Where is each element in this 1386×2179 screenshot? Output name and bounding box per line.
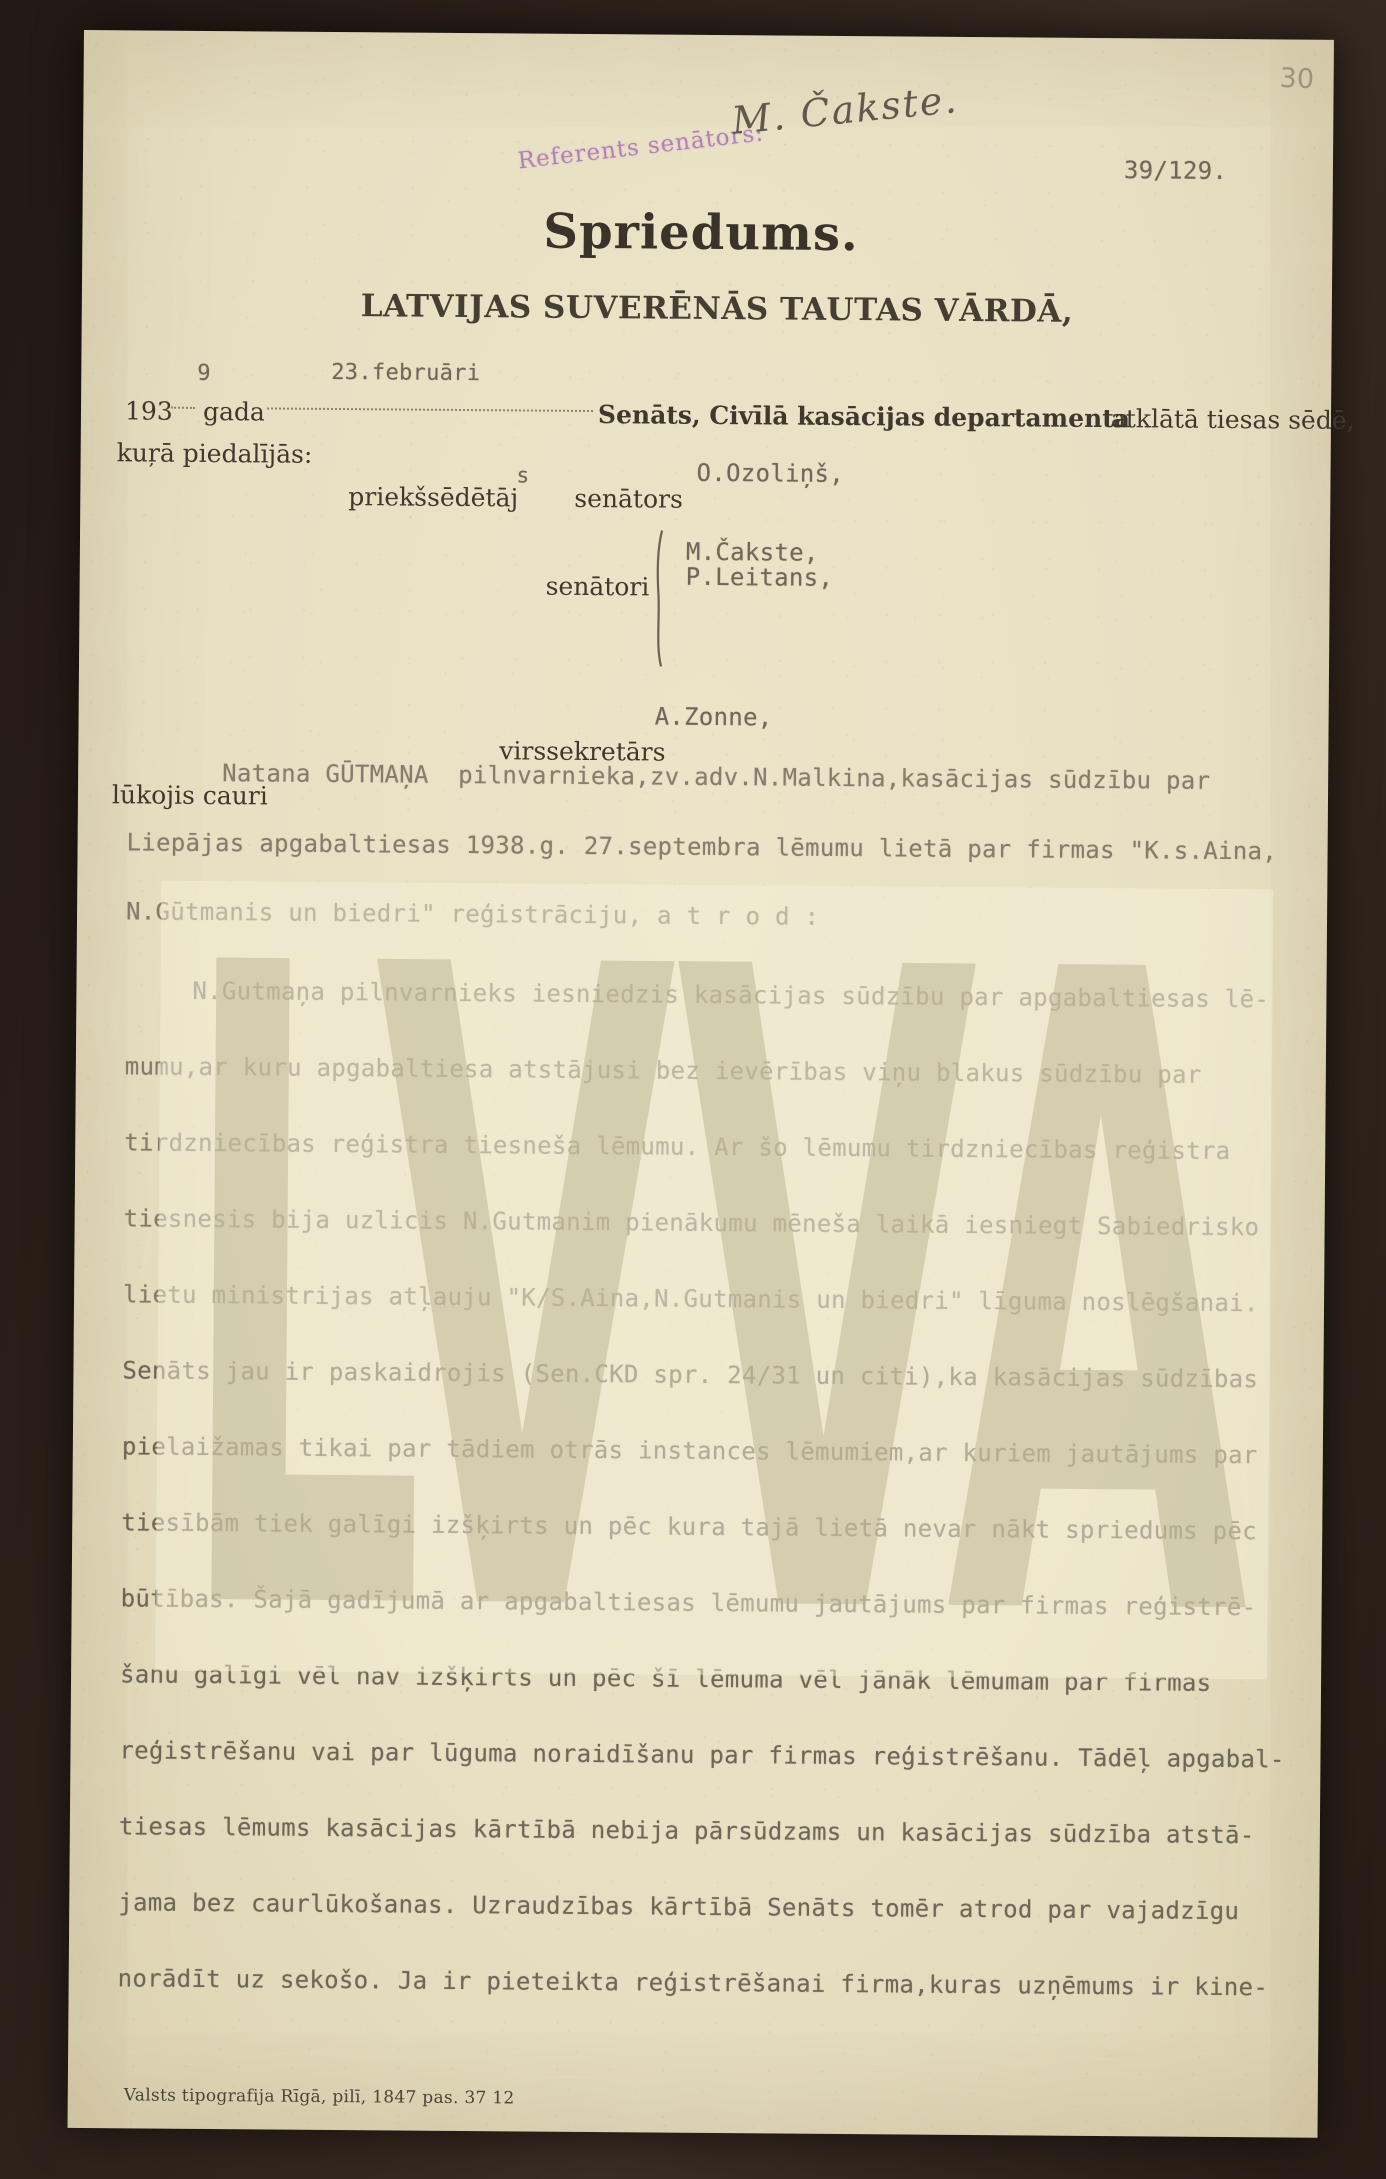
year-prefix: 193	[125, 396, 173, 425]
chairman-label: priekšsēdētāj	[348, 482, 518, 512]
body-line: jama bez caurlūkošanas. Uzraudzības kārt…	[118, 1888, 1239, 1925]
typed-s-suffix: s	[516, 463, 529, 487]
senator-label: senātors	[574, 484, 683, 514]
body-line: reģistrēšanu vai par lūguma noraidīšanu …	[119, 1736, 1284, 1773]
body-line: mumu,ar kuru apgabaltiesa atstājusi bez …	[125, 1052, 1202, 1088]
dotted-leader-small	[171, 383, 195, 409]
typed-date: 23.februāri	[331, 360, 480, 386]
dotted-leader-long	[267, 383, 593, 412]
document-title: Spriedums.	[543, 204, 859, 262]
body-line: norādīt uz sekošo. Ja ir pieteikta reģis…	[118, 1964, 1269, 2001]
body-line: tiesas lēmums kasācijas kārtībā nebija p…	[119, 1812, 1255, 1849]
chairman-name-typed: O.Ozoliņš,	[696, 459, 844, 488]
body-line: lietu ministrijas atļauju "K/S.Aina,N.Gu…	[123, 1280, 1259, 1317]
gada-label: gada	[203, 397, 265, 426]
body-line: N.Gutmaņa pilnvarnieks iesniedzis kasāci…	[192, 977, 1269, 1013]
case-line-2: N.Gūtmanis un biedri" reģistrāciju, a t …	[126, 897, 819, 930]
senators-brace	[653, 528, 668, 668]
body-line: tiesībām tiek galīgi izšķirts un pēc kur…	[121, 1508, 1257, 1545]
senators-label: senātori	[546, 572, 650, 602]
participation-label: kuŗā piedalījās:	[117, 438, 313, 469]
scanned-document-photo: 30 Referents senātors: M. Čakste. 39/129…	[0, 0, 1386, 2179]
complaint-typed-line: Natana GŪTMAŅA pilnvarnieka,zv.adv.N.Mal…	[222, 759, 1210, 795]
case-line-1: Liepājas apgabaltiesas 1938.g. 27.septem…	[127, 828, 1278, 865]
typed-year-digit: 9	[197, 361, 211, 386]
body-line: šanu galīgi vēl nav izšķirts un pēc šī l…	[120, 1660, 1212, 1697]
body-line: pielaižamas tikai par tādiem otrās insta…	[122, 1432, 1258, 1469]
case-number: 39/129.	[1124, 156, 1227, 185]
court-session-text: atklātā tiesas sēdē,	[1103, 404, 1355, 435]
print-footer: Valsts tipografija Rīgā, pilī, 1847 pas.…	[124, 2085, 515, 2108]
reviewed-label: lūkojis cauri	[112, 780, 268, 810]
body-line: tirdzniecības reģistra tiesneša lēmumu. …	[124, 1128, 1230, 1165]
page-number-pencil: 30	[1279, 63, 1315, 95]
document-subtitle: LATVIJAS SUVERĒNĀS TAUTAS VĀRDĀ,	[361, 288, 1074, 330]
referent-signature-handwriting: M. Čakste.	[730, 77, 960, 143]
body-line: būtības. Šajā gadījumā ar apgabaltiesas …	[121, 1584, 1257, 1621]
secretary-name-typed: A.Zonne,	[655, 703, 773, 732]
body-line: Senāts jau ir paskaidrojis (Sen.CKD spr.…	[122, 1356, 1258, 1393]
court-name-bold: Senāts, Civīlā kasācijas departamenta	[598, 400, 1130, 433]
paper-sheet: 30 Referents senātors: M. Čakste. 39/129…	[68, 30, 1334, 2138]
senator-name-2: P.Leitans,	[686, 563, 834, 592]
referent-stamp: Referents senātors:	[516, 120, 765, 174]
body-line: tiesnesis bija uzlicis N.Gutmanim pienāk…	[124, 1204, 1260, 1241]
